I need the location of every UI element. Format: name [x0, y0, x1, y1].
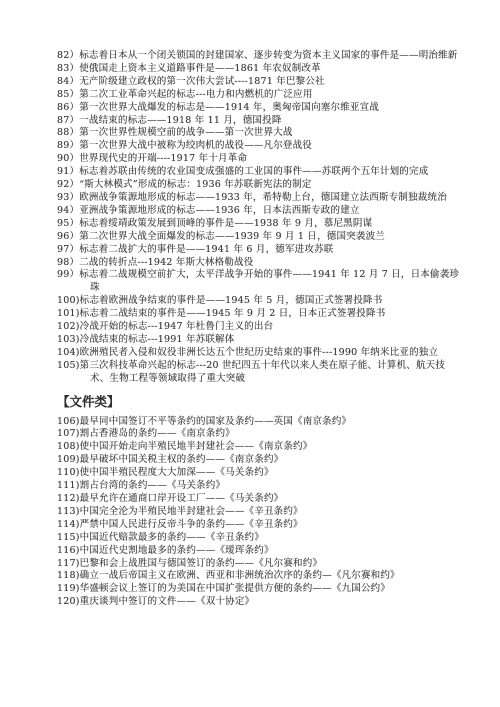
item-number: 90）: [57, 153, 79, 164]
list-item: 119)华盛顿会议上签订的为美国在中国扩张提供方便的条约——《九国公约》: [57, 583, 460, 596]
item-number: 87）: [57, 115, 79, 126]
item-text: 一战结束的标志——1918 年 11 月，德国投降: [79, 115, 281, 126]
item-number: 89）: [57, 140, 79, 151]
list-item: 87）一战结束的标志——1918 年 11 月，德国投降: [57, 115, 460, 128]
item-text: 使中国半殖民程度大大加深——《马关条约》: [80, 467, 274, 478]
item-number: 105): [57, 360, 80, 371]
item-text: 最早允许在通商口岸开设工厂——《马关条约》: [80, 493, 284, 504]
item-text: “斯大林模式”形成的标志：1936 年苏联新宪法的制定: [79, 179, 311, 190]
list-item: 95）标志着绥靖政策发展到顶峰的事件是——1938 年 9 月，慕尼黑阴谋: [57, 218, 460, 231]
item-number: 85）: [57, 89, 79, 100]
item-number: 98）: [57, 257, 79, 268]
item-text: 第一次世界大战中被称为绞肉机的战役——凡尔登战役: [79, 140, 312, 151]
item-number: 111): [57, 480, 80, 491]
item-number: 94）: [57, 205, 79, 216]
item-number: 99）: [57, 269, 79, 280]
item-number: 114): [57, 519, 80, 530]
list-item: 110)使中国半殖民程度大大加深——《马关条约》: [57, 467, 460, 480]
list-item: 99）标志着二战规模空前扩大，太平洋战争开始的事件——1941 年 12 月 7…: [57, 269, 460, 295]
item-text: 二战的转折点---1942 年斯大林格勒战役: [79, 257, 253, 268]
list-item: 90）世界现代史的开端----1917 年十月革命: [57, 153, 460, 166]
list-item: 118)确立一战后帝国主义在欧洲、西亚和非洲统治次序的条约—《凡尔赛和约》: [57, 570, 460, 583]
item-text: 第二次工业革命兴起的标志---电力和内燃机的广泛应用: [79, 89, 312, 100]
list-item: 98）二战的转折点---1942 年斯大林格勒战役: [57, 257, 460, 270]
item-number: 82）: [57, 50, 79, 61]
item-number: 95）: [57, 218, 79, 229]
item-text: 标志着二战扩大的事件是——1941 年 6 月，德军进攻苏联: [79, 244, 333, 255]
treaty-documents-list: 106)最早同中国签订不平等条约的国家及条约——英国《南京条约》 107)割占香…: [57, 416, 460, 610]
list-item: 108)使中国开始走向半殖民地半封建社会——《南京条约》: [57, 441, 460, 454]
item-text: 冷战结束的标志---1991 年苏联解体: [80, 334, 235, 345]
list-item: 111)割占台湾的条约——《马关条约》: [57, 480, 460, 493]
item-number: 119): [57, 583, 80, 594]
item-number: 108): [57, 441, 80, 452]
list-item: 93）欧洲战争策源地形成的标志——1933 年，希特勒上台，德国建立法西斯专制独…: [57, 192, 460, 205]
list-item: 106)最早同中国签订不平等条约的国家及条约——英国《南京条约》: [57, 416, 460, 429]
item-text: 重庆谈判中签订的文件——《双十协定》: [80, 596, 255, 607]
item-text: 割占台湾的条约——《马关条约》: [80, 480, 226, 491]
item-number: 96）: [57, 231, 79, 242]
item-text: 标志着日本从一个闭关锁国的封建国家、逐步转变为资本主义国家的事件是——明治维新: [79, 50, 457, 61]
list-item: 120)重庆谈判中签订的文件——《双十协定》: [57, 596, 460, 609]
item-text: 标志着二战结束的事件是——1945 年 9 月 2 日，日本正式签署投降书: [80, 308, 386, 319]
item-text: 标志着欧洲战争结束的事件是——1945 年 5 月，德国正式签署投降书: [80, 295, 383, 306]
item-number: 107): [57, 428, 80, 439]
item-text: 中国近代史割地最多的条约——《瑷珲条约》: [80, 545, 274, 556]
item-text: 割占香港岛的条约——《南京条约》: [80, 428, 235, 439]
list-item: 88）第一次世界性规模空前的战争——第一次世界大战: [57, 127, 460, 140]
document-page: 82）标志着日本从一个闭关锁国的封建国家、逐步转变为资本主义国家的事件是——明治…: [0, 0, 500, 707]
item-text: 使中国开始走向半殖民地半封建社会——《南京条约》: [80, 441, 313, 452]
item-number: 117): [57, 558, 80, 569]
item-number: 100): [57, 295, 80, 306]
item-text: 无产阶级建立政权的第一次伟大尝试----1871 年巴黎公社: [79, 76, 325, 87]
item-number: 110): [57, 467, 80, 478]
item-text: 中国完全沦为半殖民地半封建社会——《辛丑条约》: [80, 506, 303, 517]
item-text: 冷战开始的标志---1947 年杜鲁门主义的出台: [80, 321, 274, 332]
item-number: 88）: [57, 127, 79, 138]
item-number: 92）: [57, 179, 79, 190]
item-number: 118): [57, 570, 80, 581]
list-item: 117)巴黎和会上战胜国与德国签订的条约——《凡尔赛和约》: [57, 558, 460, 571]
list-item: 82）标志着日本从一个闭关锁国的封建国家、逐步转变为资本主义国家的事件是——明治…: [57, 50, 460, 63]
list-item: 109)最早破坏中国关税主权的条约——《南京条约》: [57, 454, 460, 467]
item-text: 标志着苏联由传统的农业国变成强盛的工业国的事件——苏联两个五年计划的完成: [79, 166, 428, 177]
list-item: 83）使俄国走上资本主义道路事件是——1861 年农奴制改革: [57, 63, 460, 76]
list-item: 102)冷战开始的标志---1947 年杜鲁门主义的出台: [57, 321, 460, 334]
section-title-documents: 【文件类】: [57, 395, 460, 409]
item-number: 112): [57, 493, 80, 504]
item-number: 83）: [57, 63, 79, 74]
list-item: 113)中国完全沦为半殖民地半封建社会——《辛丑条约》: [57, 506, 460, 519]
list-item: 100)标志着欧洲战争结束的事件是——1945 年 5 月，德国正式签署投降书: [57, 295, 460, 308]
list-item: 112)最早允许在通商口岸开设工厂——《马关条约》: [57, 493, 460, 506]
list-item: 115)中国近代赔款最多的条约——《辛丑条约》: [57, 532, 460, 545]
item-text: 第三次科技革命兴起的标志---20 世纪四五十年代以来人类在原子能、计算机、航天…: [80, 360, 445, 384]
list-item: 86）第一次世界大战爆发的标志是——1914 年，奥匈帝国向塞尔维亚宣战: [57, 102, 460, 115]
list-item: 96）第二次世界大战全面爆发的标志——1939 年 9 月 1 日，德国突袭波兰: [57, 231, 460, 244]
item-text: 严禁中国人民进行反帝斗争的条约——《辛丑条约》: [80, 519, 303, 530]
item-number: 106): [57, 416, 80, 427]
item-text: 华盛顿会议上签订的为美国在中国扩张提供方便的条约——《九国公约》: [80, 583, 390, 594]
item-text: 欧洲殖民者入侵和奴役非洲长达五个世纪历史结束的事件---1990 年纳米比亚的独…: [80, 347, 439, 358]
list-item: 101)标志着二战结束的事件是——1945 年 9 月 2 日，日本正式签署投降…: [57, 308, 460, 321]
list-item: 103)冷战结束的标志---1991 年苏联解体: [57, 334, 460, 347]
item-number: 101): [57, 308, 80, 319]
list-item: 105)第三次科技革命兴起的标志---20 世纪四五十年代以来人类在原子能、计算…: [57, 360, 460, 386]
item-text: 最早破坏中国关税主权的条约——《南京条约》: [80, 454, 284, 465]
item-number: 103): [57, 334, 80, 345]
item-text: 标志着绥靖政策发展到顶峰的事件是——1938 年 9 月，慕尼黑阴谋: [79, 218, 372, 229]
history-facts-list: 82）标志着日本从一个闭关锁国的封建国家、逐步转变为资本主义国家的事件是——明治…: [57, 50, 460, 386]
item-number: 104): [57, 347, 80, 358]
item-number: 97）: [57, 244, 79, 255]
item-number: 113): [57, 506, 80, 517]
list-item: 92）“斯大林模式”形成的标志：1936 年苏联新宪法的制定: [57, 179, 460, 192]
list-item: 104)欧洲殖民者入侵和奴役非洲长达五个世纪历史结束的事件---1990 年纳米…: [57, 347, 460, 360]
list-item: 91）标志着苏联由传统的农业国变成强盛的工业国的事件——苏联两个五年计划的完成: [57, 166, 460, 179]
list-item: 84）无产阶级建立政权的第一次伟大尝试----1871 年巴黎公社: [57, 76, 460, 89]
item-number: 84）: [57, 76, 79, 87]
list-item: 97）标志着二战扩大的事件是——1941 年 6 月，德军进攻苏联: [57, 244, 460, 257]
item-text: 确立一战后帝国主义在欧洲、西亚和非洲统治次序的条约—《凡尔赛和约》: [80, 570, 400, 581]
list-item: 85）第二次工业革命兴起的标志---电力和内燃机的广泛应用: [57, 89, 460, 102]
item-number: 91）: [57, 166, 79, 177]
item-text: 欧洲战争策源地形成的标志——1933 年，希特勒上台，德国建立法西斯专制独裁统治: [79, 192, 447, 203]
list-item: 116)中国近代史割地最多的条约——《瑷珲条约》: [57, 545, 460, 558]
item-text: 标志着二战规模空前扩大，太平洋战争开始的事件——1941 年 12 月 7 日，…: [79, 269, 459, 293]
item-text: 巴黎和会上战胜国与德国签订的条约——《凡尔赛和约》: [80, 558, 323, 569]
item-text: 第一次世界性规模空前的战争——第一次世界大战: [79, 127, 292, 138]
item-number: 115): [57, 532, 80, 543]
item-number: 109): [57, 454, 80, 465]
list-item: 107)割占香港岛的条约——《南京条约》: [57, 428, 460, 441]
item-number: 86）: [57, 102, 79, 113]
item-text: 第二次世界大战全面爆发的标志——1939 年 9 月 1 日，德国突袭波兰: [79, 231, 385, 242]
item-number: 120): [57, 596, 80, 607]
item-text: 中国近代赔款最多的条约——《辛丑条约》: [80, 532, 264, 543]
item-number: 116): [57, 545, 80, 556]
item-text: 世界现代史的开端----1917 年十月革命: [79, 153, 247, 164]
list-item: 114)严禁中国人民进行反帝斗争的条约——《辛丑条约》: [57, 519, 460, 532]
list-item: 89）第一次世界大战中被称为绞肉机的战役——凡尔登战役: [57, 140, 460, 153]
list-item: 94）亚洲战争策源地形成的标志——1936 年，日本法西斯专政的建立: [57, 205, 460, 218]
item-number: 93）: [57, 192, 79, 203]
item-text: 亚洲战争策源地形成的标志——1936 年，日本法西斯专政的建立: [79, 205, 359, 216]
item-text: 使俄国走上资本主义道路事件是——1861 年农奴制改革: [79, 63, 321, 74]
item-text: 最早同中国签订不平等条约的国家及条约——英国《南京条约》: [80, 416, 352, 427]
item-number: 102): [57, 321, 80, 332]
item-text: 第一次世界大战爆发的标志是——1914 年，奥匈帝国向塞尔维亚宣战: [79, 102, 379, 113]
